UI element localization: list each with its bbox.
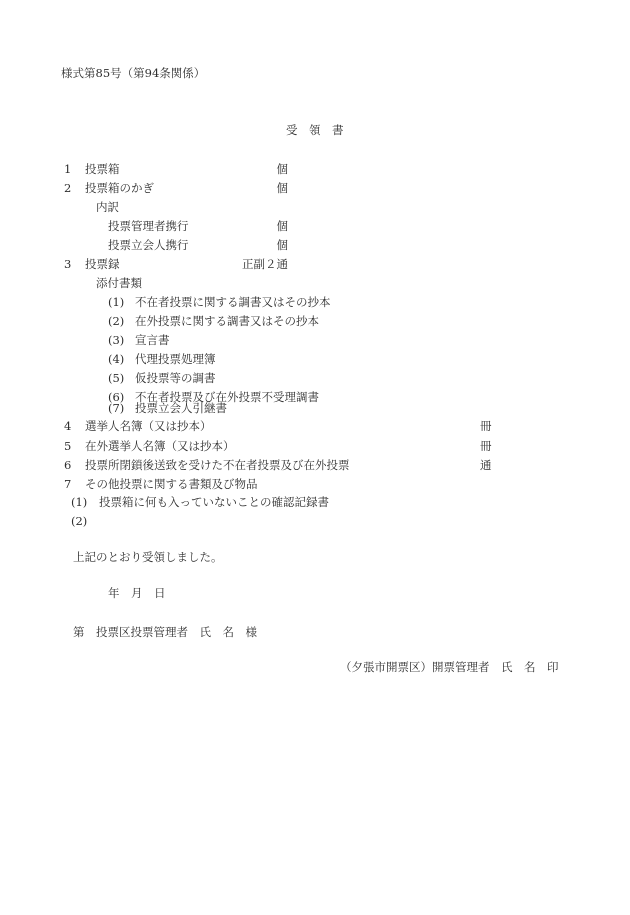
item-label: 投票立会人携行 — [108, 238, 189, 252]
attachment-label: 投票立会人引継書 — [135, 401, 227, 415]
item-label: 投票管理者携行 — [108, 219, 189, 233]
addressee: 第 投票区投票管理者 氏 名 様 — [73, 625, 257, 639]
item-unit: 個 — [277, 181, 289, 195]
item-unit: 通 — [480, 458, 492, 472]
item-unit: 冊 — [480, 439, 492, 453]
item-label: 投票所閉鎖後送致を受けた不在者投票及び在外投票 — [85, 458, 350, 472]
item-number: 5 — [64, 439, 71, 453]
attachments-label: 添付書類 — [96, 276, 142, 290]
other-number: (1) — [71, 495, 87, 509]
attachment-number: (1) — [108, 295, 124, 309]
attachment-number: (4) — [108, 352, 124, 366]
attachment-label: 不在者投票に関する調書又はその抄本 — [135, 295, 331, 309]
item-unit: 正副２通 — [242, 257, 288, 271]
other-label: 投票箱に何も入っていないことの確認記録書 — [99, 495, 329, 509]
item-label: 投票箱 — [85, 162, 120, 176]
attachment-number: (3) — [108, 333, 124, 347]
item-unit: 個 — [277, 238, 289, 252]
attachment-number: (7) — [108, 401, 124, 415]
attachment-label: 仮投票等の調書 — [135, 371, 216, 385]
item-label: 投票録 — [85, 257, 120, 271]
signature-line: （夕張市開票区）開票管理者 氏 名 印 — [340, 660, 559, 674]
date-line: 年 月 日 — [108, 586, 166, 600]
item-number: 6 — [64, 458, 71, 472]
item-label: 投票箱のかぎ — [85, 181, 154, 195]
other-number: (2) — [71, 514, 87, 528]
item-unit: 冊 — [480, 419, 492, 433]
item-unit: 個 — [277, 162, 289, 176]
item-number: 3 — [64, 257, 71, 271]
item-number: 4 — [64, 419, 71, 433]
attachment-label: 代理投票処理簿 — [135, 352, 216, 366]
statement: 上記のとおり受領しました。 — [73, 550, 223, 564]
document-title: 受 領 書 — [286, 123, 344, 137]
attachment-label: 宣言書 — [135, 333, 170, 347]
item-label: その他投票に関する書類及び物品 — [85, 477, 258, 491]
item-number: 7 — [64, 477, 71, 491]
item-label: 在外選挙人名簿（又は抄本） — [85, 439, 235, 453]
attachment-number: (5) — [108, 371, 124, 385]
breakdown-label: 内訳 — [96, 200, 119, 214]
item-number: 2 — [64, 181, 71, 195]
item-unit: 個 — [277, 219, 289, 233]
attachment-number: (2) — [108, 314, 124, 328]
form-number: 様式第85号（第94条関係） — [61, 66, 205, 80]
item-label: 選挙人名簿（又は抄本） — [85, 419, 212, 433]
item-number: 1 — [64, 162, 71, 176]
attachment-label: 在外投票に関する調書又はその抄本 — [135, 314, 319, 328]
